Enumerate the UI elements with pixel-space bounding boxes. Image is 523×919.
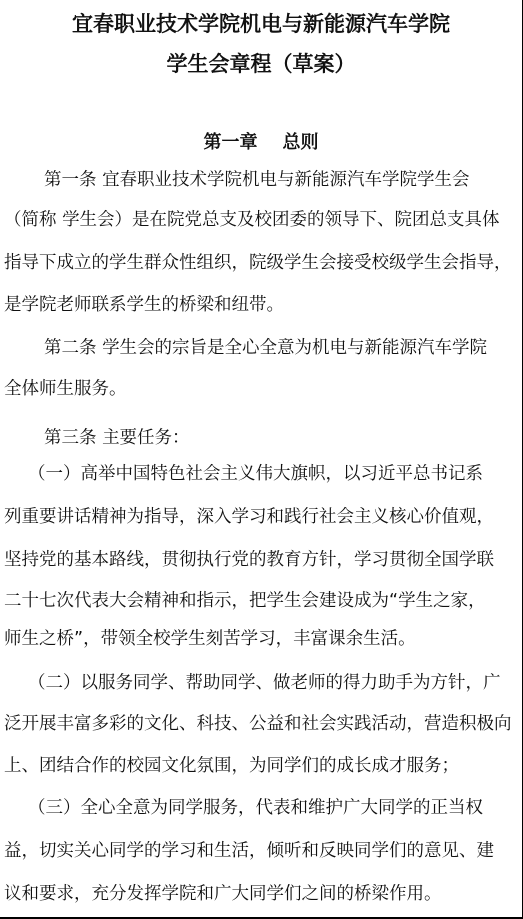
text-line: 师生之桥”，带领全校学生刻苦学习，丰富课余生活。 — [4, 627, 523, 651]
text-line: 是学院老师联系学生的桥梁和纽带。 — [4, 293, 523, 317]
text-line: 议和要求，充分发挥学院和广大同学们之间的桥梁作用。 — [4, 882, 523, 906]
text-line: 泛开展丰富多彩的文化、科技、公益和社会实践活动，营造积极向 — [4, 712, 523, 736]
text-line: 列重要讲话精神为指导，深入学习和践行社会主义核心价值观， — [4, 505, 523, 529]
text-line: 上、团结合作的校园文化氛围，为同学们的成长成才服务； — [4, 754, 523, 778]
document-title: 宜春职业技术学院机电与新能源汽车学院 — [0, 8, 522, 38]
item-2-line: （二）以服务同学、帮助同学、做老师的得力助手为方针，广 — [28, 671, 523, 695]
article-2-line: 第二条 学生会的宗旨是全心全意为机电与新能源汽车学院 — [44, 336, 523, 360]
document-page: 宜春职业技术学院机电与新能源汽车学院 学生会章程（草案） 第一章 总则 第一条 … — [0, 0, 523, 919]
article-3-line: 第三条 主要任务： — [44, 426, 523, 450]
text-line: 二十七次代表大会精神和指示，把学生会建设成为“学生之家， — [4, 589, 523, 613]
item-1-line: （一）高举中国特色社会主义伟大旗帜，以习近平总书记系 — [28, 462, 523, 486]
text-line: 指导下成立的学生群众性组织，院级学生会接受校级学生会指导， — [4, 251, 523, 275]
item-3-line: （三）全心全意为同学服务，代表和维护广大同学的正当权 — [28, 796, 523, 820]
text-line: 益，切实关心同学的学习和生活，倾听和反映同学们的意见、建 — [4, 839, 523, 863]
text-line: 全体师生服务。 — [4, 377, 523, 401]
article-1-line: 第一条 宜春职业技术学院机电与新能源汽车学院学生会 — [44, 168, 523, 192]
text-line: （简称 学生会）是在院党总支及校团委的领导下、院团总支具体 — [4, 208, 523, 232]
text-line: 坚持党的基本路线，贯彻执行党的教育方针，学习贯彻全国学联 — [4, 548, 523, 572]
chapter-heading: 第一章 总则 — [0, 128, 522, 154]
document-subtitle: 学生会章程（草案） — [0, 48, 522, 78]
